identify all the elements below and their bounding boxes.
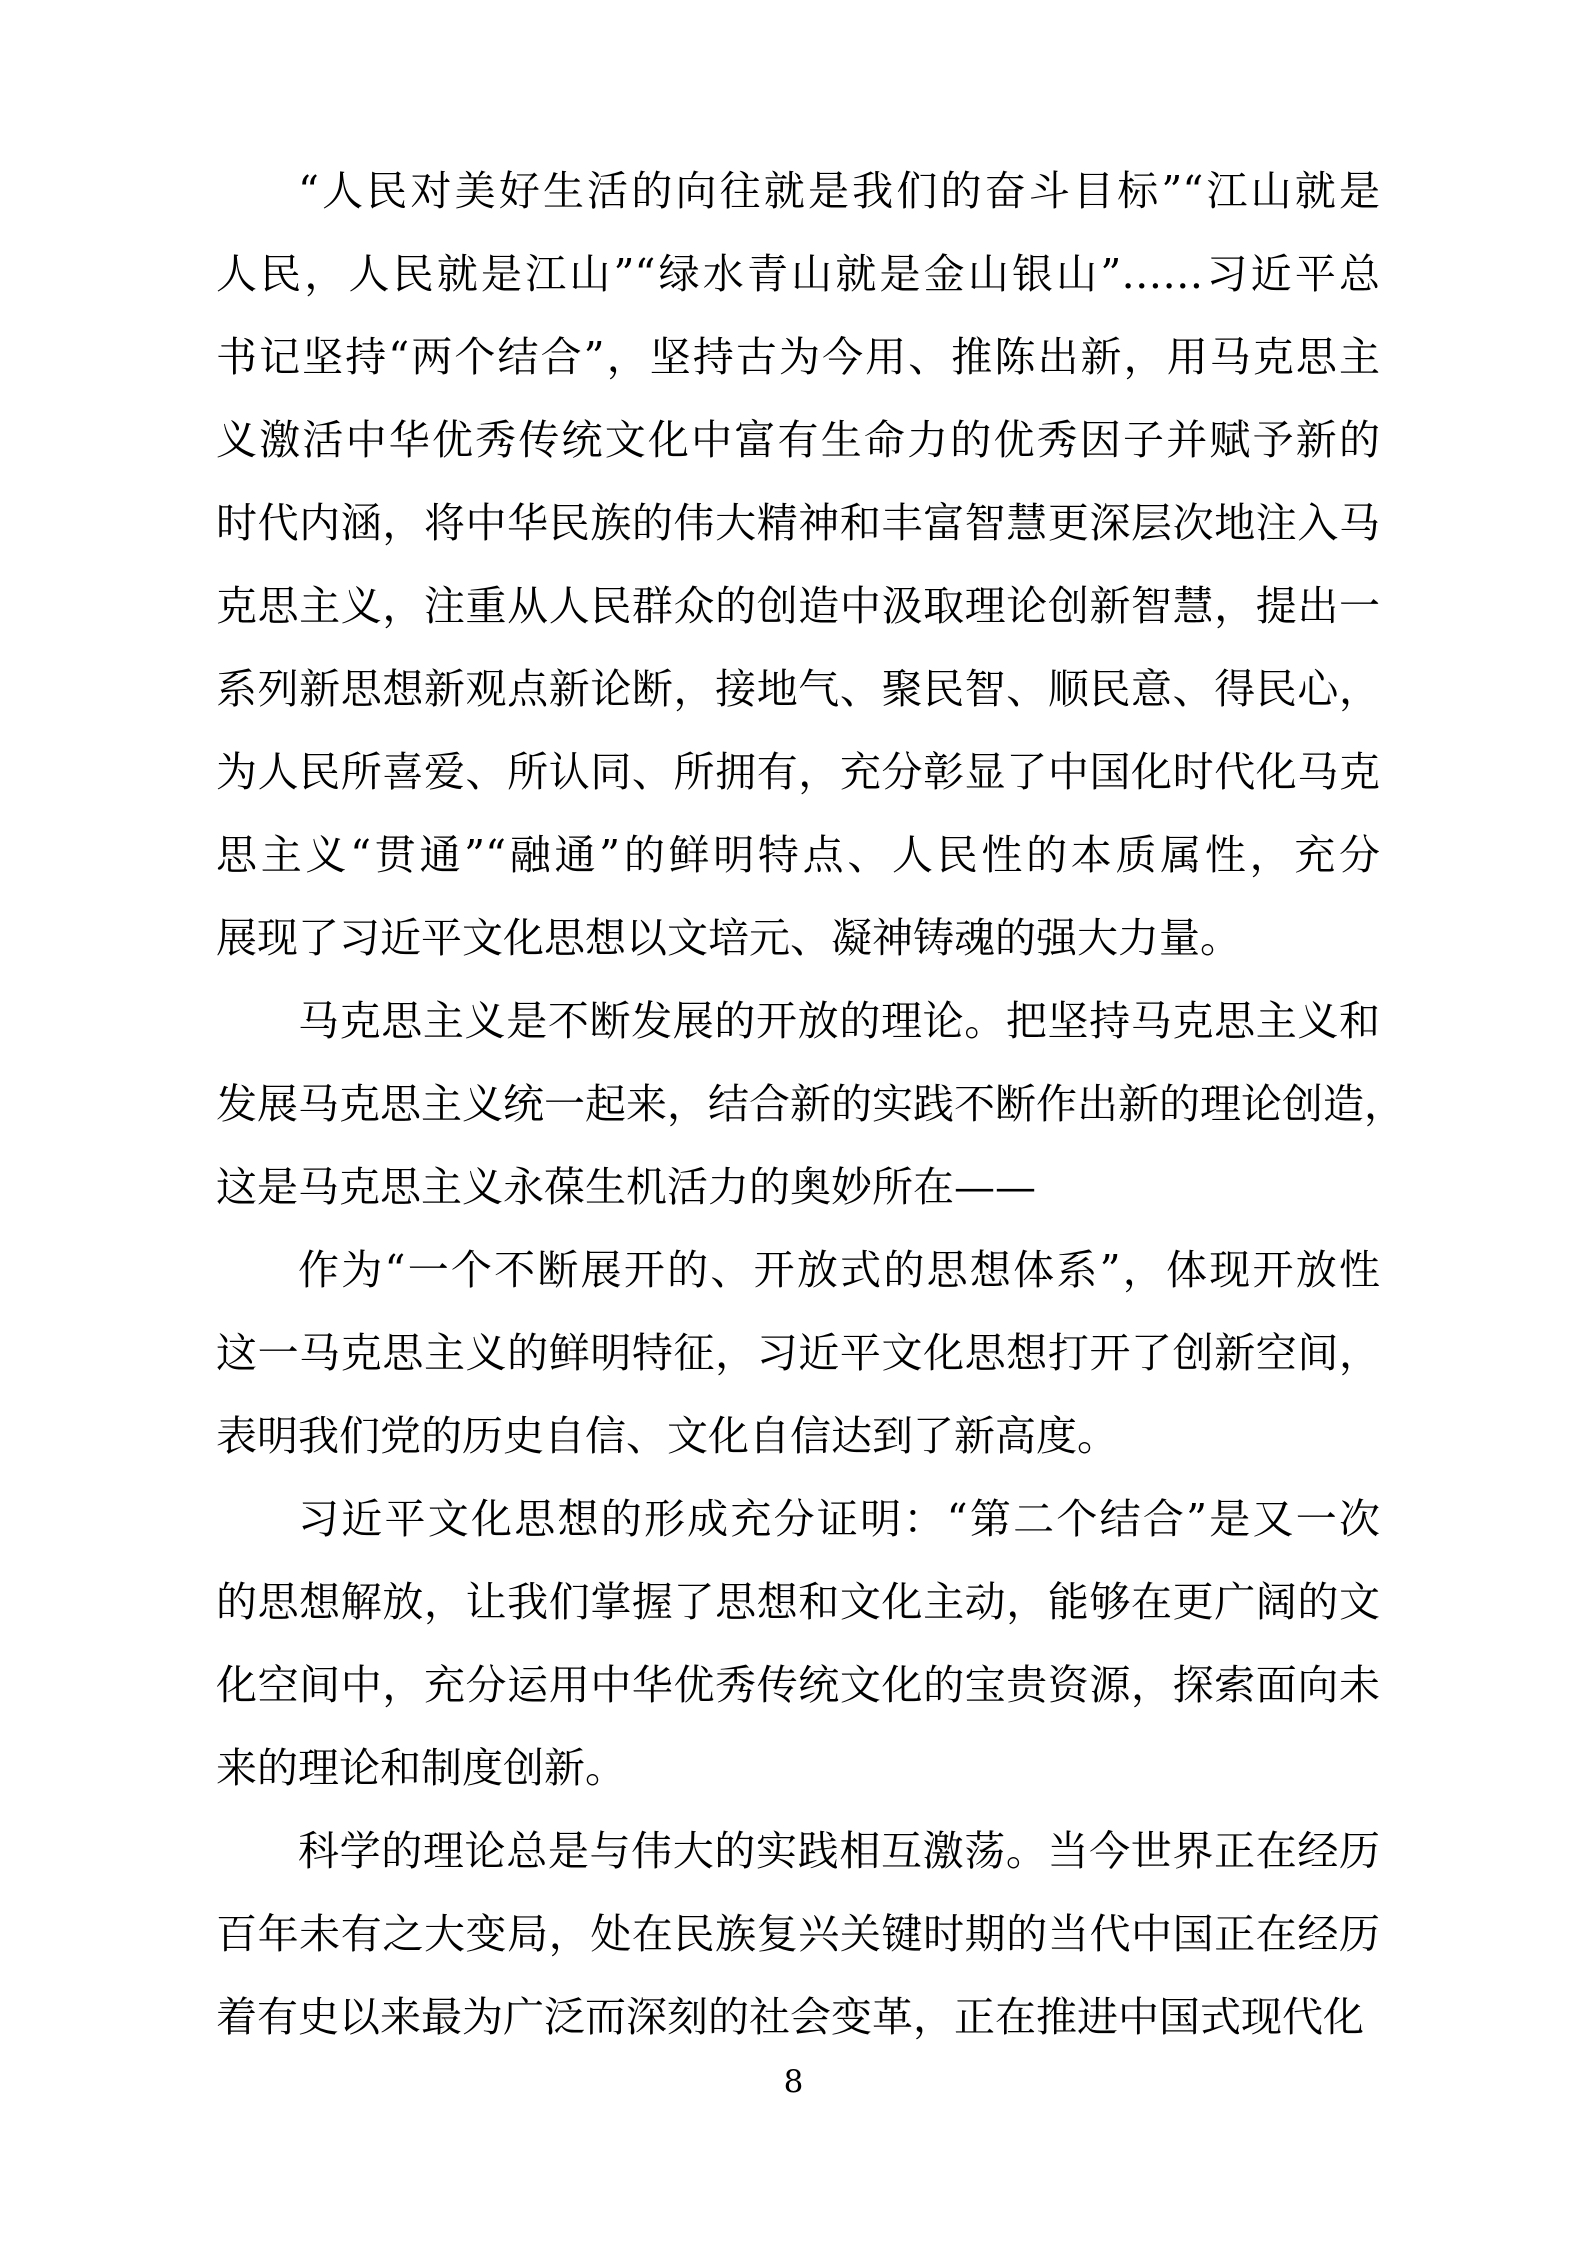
text-line: 时代内涵，将中华民族的伟大精神和丰富智慧更深层次地注入马 [216,482,1380,565]
document-page: “人民对美好生活的向往就是我们的奋斗目标”“江山就是人民，人民就是江山”“绿水青… [0,0,1587,2245]
text-line: 克思主义，注重从人民群众的创造中汲取理论创新智慧，提出一 [216,565,1380,648]
document-body: “人民对美好生活的向往就是我们的奋斗目标”“江山就是人民，人民就是江山”“绿水青… [216,150,1380,2059]
text-line: 这一马克思主义的鲜明特征，习近平文化思想打开了创新空间， [216,1312,1380,1395]
text-line: 义激活中华优秀传统文化中富有生命力的优秀因子并赋予新的 [216,399,1380,482]
text-line: 表明我们党的历史自信、文化自信达到了新高度。 [216,1395,1380,1478]
paragraph: 科学的理论总是与伟大的实践相互激荡。当今世界正在经历百年未有之大变局，处在民族复… [216,1810,1380,2059]
text-line: 思主义“贯通”“融通”的鲜明特点、人民性的本质属性，充分 [216,814,1380,897]
page-number: 8 [0,2062,1587,2102]
text-line: 化空间中，充分运用中华优秀传统文化的宝贵资源，探索面向未 [216,1644,1380,1727]
text-line: 发展马克思主义统一起来，结合新的实践不断作出新的理论创造， [216,1063,1380,1146]
text-line: 系列新思想新观点新论断，接地气、聚民智、顺民意、得民心， [216,648,1380,731]
text-line: 着有史以来最为广泛而深刻的社会变革，正在推进中国式现代化 [216,1976,1380,2059]
text-line: 科学的理论总是与伟大的实践相互激荡。当今世界正在经历 [216,1810,1380,1893]
paragraph: 习近平文化思想的形成充分证明：“第二个结合”是又一次的思想解放，让我们掌握了思想… [216,1478,1380,1810]
text-line: 人民，人民就是江山”“绿水青山就是金山银山”……习近平总 [216,233,1380,316]
text-line: 百年未有之大变局，处在民族复兴关键时期的当代中国正在经历 [216,1893,1380,1976]
text-line: 的思想解放，让我们掌握了思想和文化主动，能够在更广阔的文 [216,1561,1380,1644]
text-line: 书记坚持“两个结合”，坚持古为今用、推陈出新，用马克思主 [216,316,1380,399]
text-line: 来的理论和制度创新。 [216,1727,1380,1810]
paragraph: “人民对美好生活的向往就是我们的奋斗目标”“江山就是人民，人民就是江山”“绿水青… [216,150,1380,980]
paragraph: 作为“一个不断展开的、开放式的思想体系”，体现开放性这一马克思主义的鲜明特征，习… [216,1229,1380,1478]
text-line: 展现了习近平文化思想以文培元、凝神铸魂的强大力量。 [216,897,1380,980]
text-line: 为人民所喜爱、所认同、所拥有，充分彰显了中国化时代化马克 [216,731,1380,814]
text-line: 作为“一个不断展开的、开放式的思想体系”，体现开放性 [216,1229,1380,1312]
text-line: 习近平文化思想的形成充分证明：“第二个结合”是又一次 [216,1478,1380,1561]
paragraph: 马克思主义是不断发展的开放的理论。把坚持马克思主义和发展马克思主义统一起来，结合… [216,980,1380,1229]
text-line: 马克思主义是不断发展的开放的理论。把坚持马克思主义和 [216,980,1380,1063]
text-line: “人民对美好生活的向往就是我们的奋斗目标”“江山就是 [216,150,1380,233]
text-line: 这是马克思主义永葆生机活力的奥妙所在—— [216,1146,1380,1229]
